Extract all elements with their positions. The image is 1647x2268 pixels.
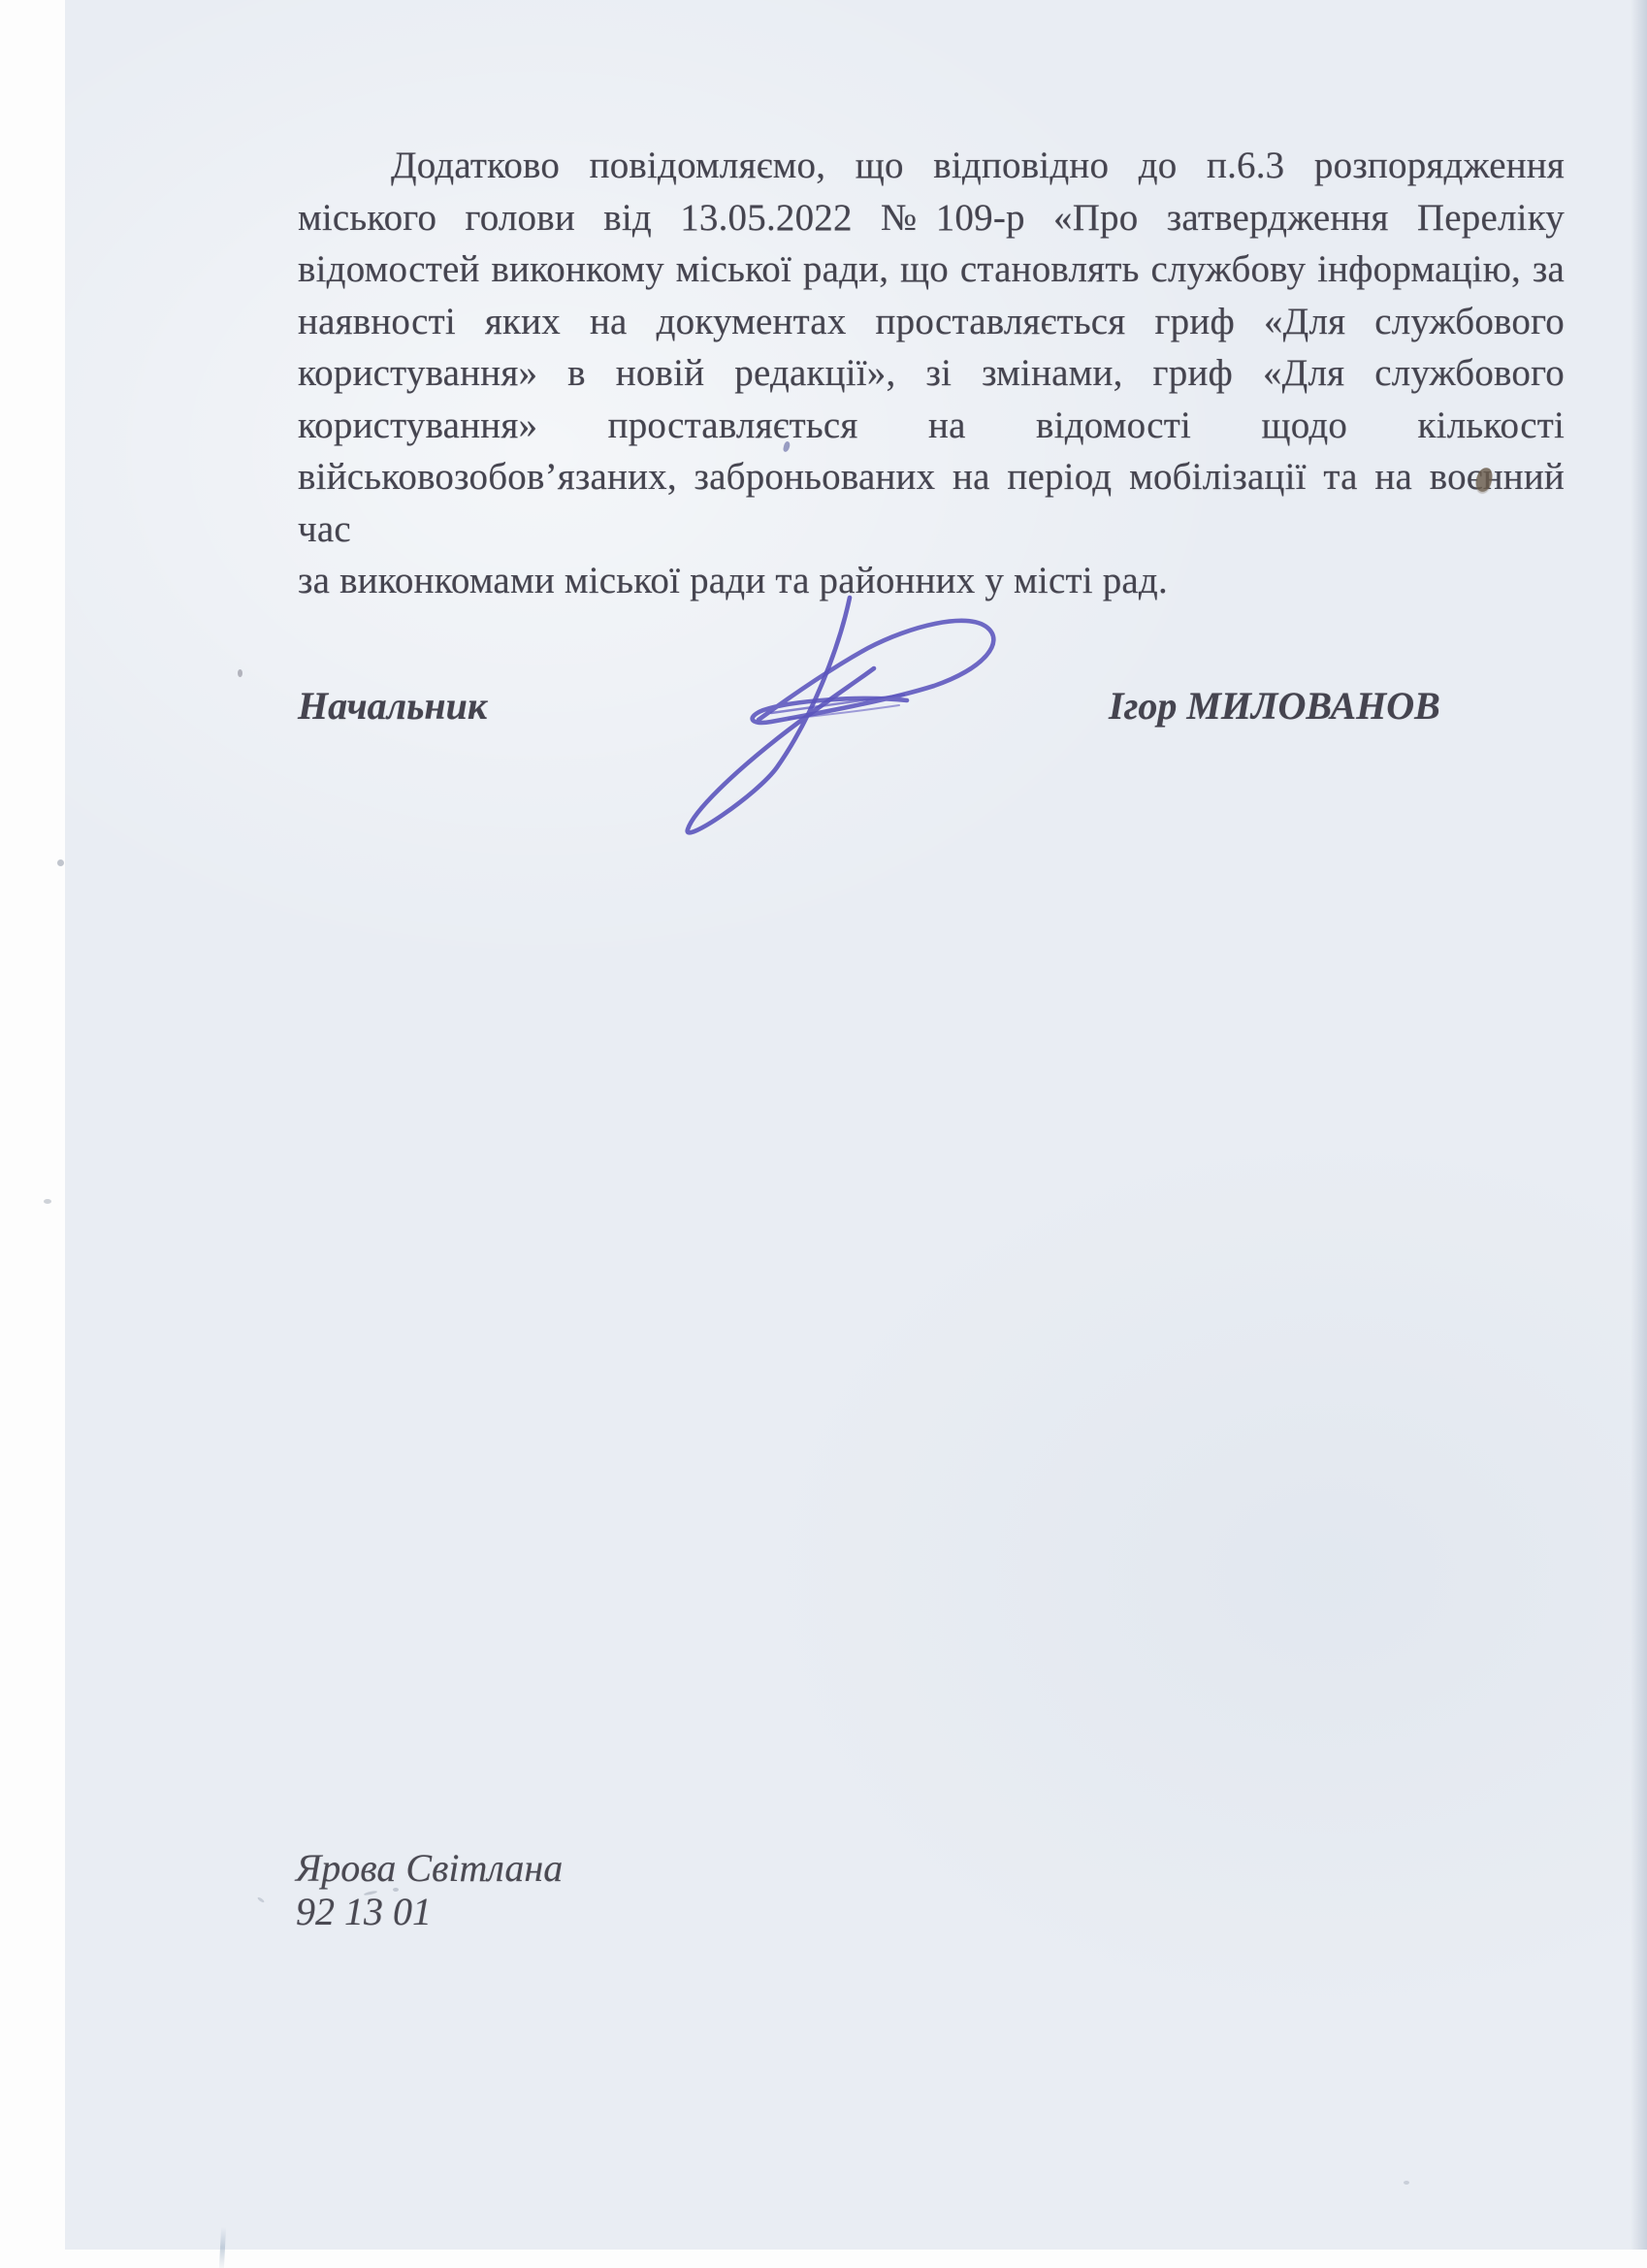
body-paragraph: Додатково повідомляємо, що відповідно до… [298, 140, 1565, 607]
paragraph-line: військовозобов’язаних, заброньованих на … [298, 451, 1565, 555]
scan-speck [44, 1199, 51, 1204]
paragraph-line: користування» проставляється на відомост… [298, 400, 1565, 452]
executor-block: Ярова Світлана 92 13 01 [296, 1846, 563, 1933]
paragraph-line: Додатково повідомляємо, що відповідно до… [298, 140, 1565, 192]
signer-name: Ігор МИЛОВАНОВ [1109, 687, 1440, 726]
paragraph-line: користування» в новій редакції», зі змін… [298, 347, 1565, 400]
paragraph-line: відомостей виконкому міської ради, що ст… [298, 243, 1565, 296]
paragraph-line: міського голови від 13.05.2022 №109-р «П… [298, 192, 1565, 244]
executor-phone: 92 13 01 [296, 1890, 563, 1933]
paragraph-line: наявності яких на документах проставляєт… [298, 296, 1565, 348]
handwritten-signature-ink [674, 592, 1004, 856]
scan-speck [1404, 2181, 1409, 2185]
executor-name: Ярова Світлана [296, 1846, 563, 1890]
scan-speck [238, 669, 242, 677]
scanned-document: Додатково повідомляємо, що відповідно до… [0, 0, 1647, 2268]
signer-position-label: Начальник [298, 687, 487, 726]
scan-edge-shadow [1631, 0, 1647, 2250]
scan-speck [57, 859, 64, 866]
scan-speck [393, 1888, 399, 1892]
scan-streak [219, 2227, 226, 2268]
paper-sheet: Додатково повідомляємо, що відповідно до… [65, 0, 1647, 2250]
scan-speck [257, 1896, 265, 1903]
